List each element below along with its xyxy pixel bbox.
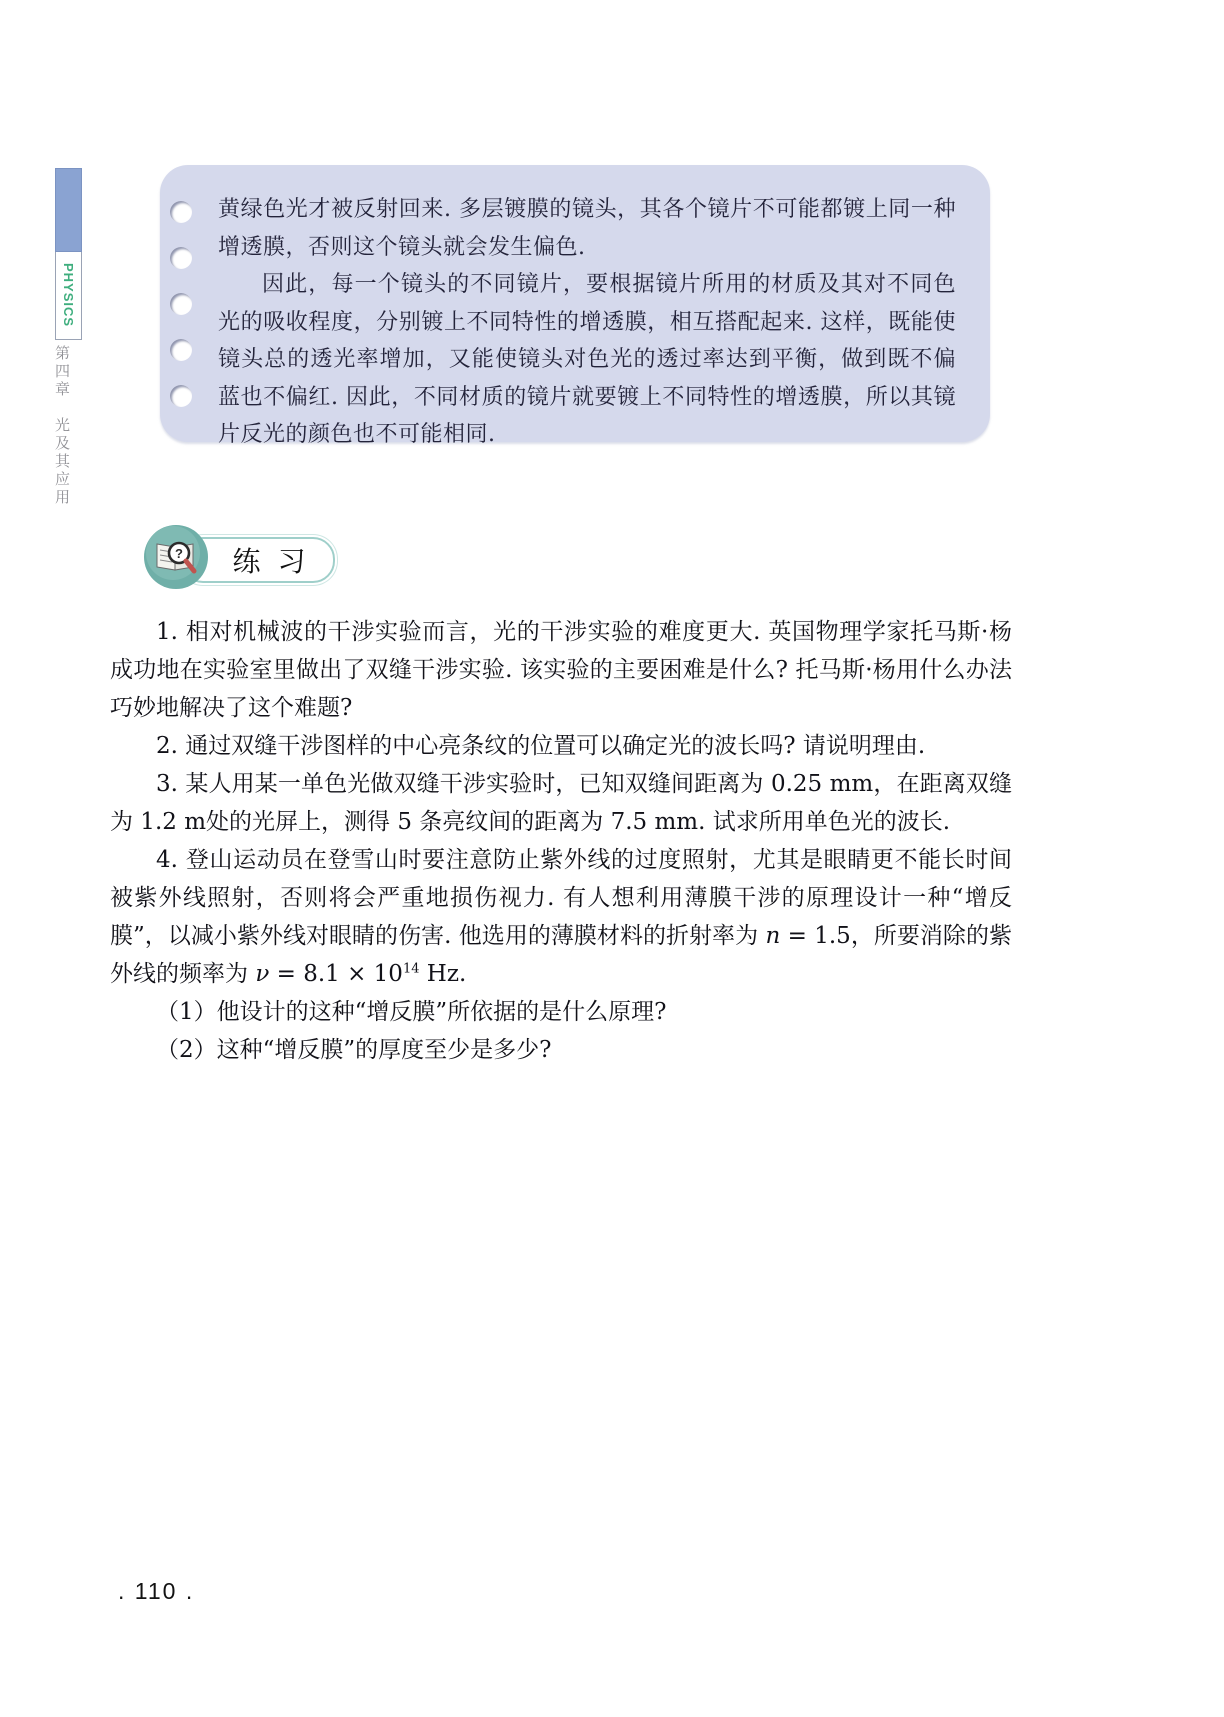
question-3: 3. 某人用某一单色光做双缝干涉实验时，已知双缝间距离为 0.25 mm，在距离… bbox=[110, 765, 1012, 841]
svg-text:?: ? bbox=[175, 546, 183, 561]
excerpt-paragraph: 黄绿色光才被反射回来. 多层镀膜的镜头，其各个镜片不可能都镀上同一种增透膜，否则… bbox=[218, 191, 956, 266]
binder-hole bbox=[170, 339, 192, 361]
question-4-sub-1: （1）他设计的这种“增反膜”所依据的是什么原理? bbox=[110, 993, 1012, 1031]
sidebar-tab: PHYSICS bbox=[55, 168, 82, 340]
question-2: 2. 通过双缝干涉图样的中心亮条纹的位置可以确定光的波长吗? 请说明理由. bbox=[110, 727, 1012, 765]
page-number: . 110 . bbox=[118, 1578, 194, 1605]
binder-hole bbox=[170, 385, 192, 407]
question-4-text: = 8.1 × 10 bbox=[269, 961, 403, 987]
variable-n: n bbox=[765, 923, 780, 949]
physics-vertical-label: PHYSICS bbox=[55, 252, 82, 340]
excerpt-paragraph: 因此，每一个镜头的不同镜片，要根据镜片所用的材质及其对不同色光的吸收程度，分别镀… bbox=[218, 266, 956, 454]
excerpt-box: 黄绿色光才被反射回来. 多层镀膜的镜头，其各个镜片不可能都镀上同一种增透膜，否则… bbox=[160, 165, 990, 442]
variable-nu: ν bbox=[255, 961, 269, 987]
exponent: 14 bbox=[403, 961, 420, 976]
question-4-text: Hz. bbox=[419, 961, 466, 987]
binder-hole bbox=[170, 293, 192, 315]
binder-hole bbox=[170, 247, 192, 269]
book-magnifier-icon: ? bbox=[143, 524, 209, 590]
chapter-vertical-label: 第四章光及其应用 bbox=[52, 345, 73, 507]
binder-hole bbox=[170, 201, 192, 223]
exercise-questions: 1. 相对机械波的干涉实验而言，光的干涉实验的难度更大. 英国物理学家托马斯·杨… bbox=[110, 613, 1012, 1069]
question-4-sub-2: （2）这种“增反膜”的厚度至少是多少? bbox=[110, 1031, 1012, 1069]
chapter-number: 第四章 bbox=[53, 345, 71, 399]
question-4: 4. 登山运动员在登雪山时要注意防止紫外线的过度照射，尤其是眼睛更不能长时间被紫… bbox=[110, 841, 1012, 993]
exercise-title: 练 习 bbox=[207, 540, 310, 580]
chapter-title: 光及其应用 bbox=[53, 417, 71, 507]
chapter-color-bar bbox=[55, 168, 82, 252]
question-1: 1. 相对机械波的干涉实验而言，光的干涉实验的难度更大. 英国物理学家托马斯·杨… bbox=[110, 613, 1012, 727]
